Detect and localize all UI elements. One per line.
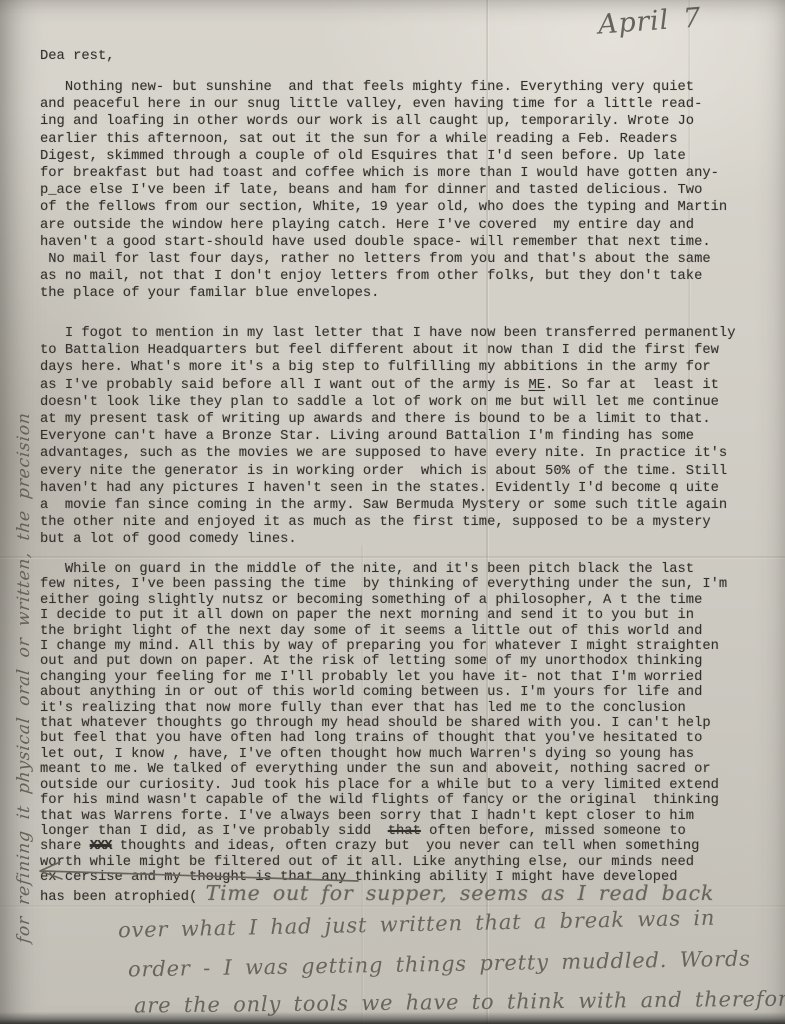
margin-note-vertical: for refining it physical oral or written…	[14, 382, 34, 944]
handwritten-date: April 7	[597, 2, 702, 40]
paragraph-3: While on guard in the middle of the nite…	[40, 562, 762, 905]
handwritten-continuation-line-2: over what I had just written that a brea…	[118, 906, 716, 943]
paragraph-1: Nothing new- but sunshine and that feels…	[40, 79, 762, 303]
salutation: Dea rest,	[40, 48, 762, 65]
fold-crease-horizontal	[0, 556, 785, 559]
struck-out-word: that	[388, 824, 421, 839]
paragraph-2-text: . So far at least it doesn't look like t…	[40, 378, 727, 548]
underlined-word-me: ME	[529, 378, 546, 393]
pencil-underlined-phrase: ex cersise and my	[40, 870, 181, 885]
paragraph-3-text: While on guard in the middle of the nite…	[40, 562, 727, 839]
photo-edge	[0, 1012, 785, 1024]
handwritten-continuation-line-1: Time out for supper, seems as I read bac…	[206, 881, 715, 905]
paragraph-2: I fogot to mention in my last letter tha…	[40, 325, 762, 549]
handwritten-continuation-line-3: order - I was getting things pretty mudd…	[128, 947, 751, 982]
paragraph-3-text: thoughts and ideas, often crazy but you …	[40, 839, 699, 869]
typed-over-word: XXX	[90, 839, 112, 854]
letter-paper: April 7 Dea rest, Nothing new- but sunsh…	[0, 0, 785, 1024]
